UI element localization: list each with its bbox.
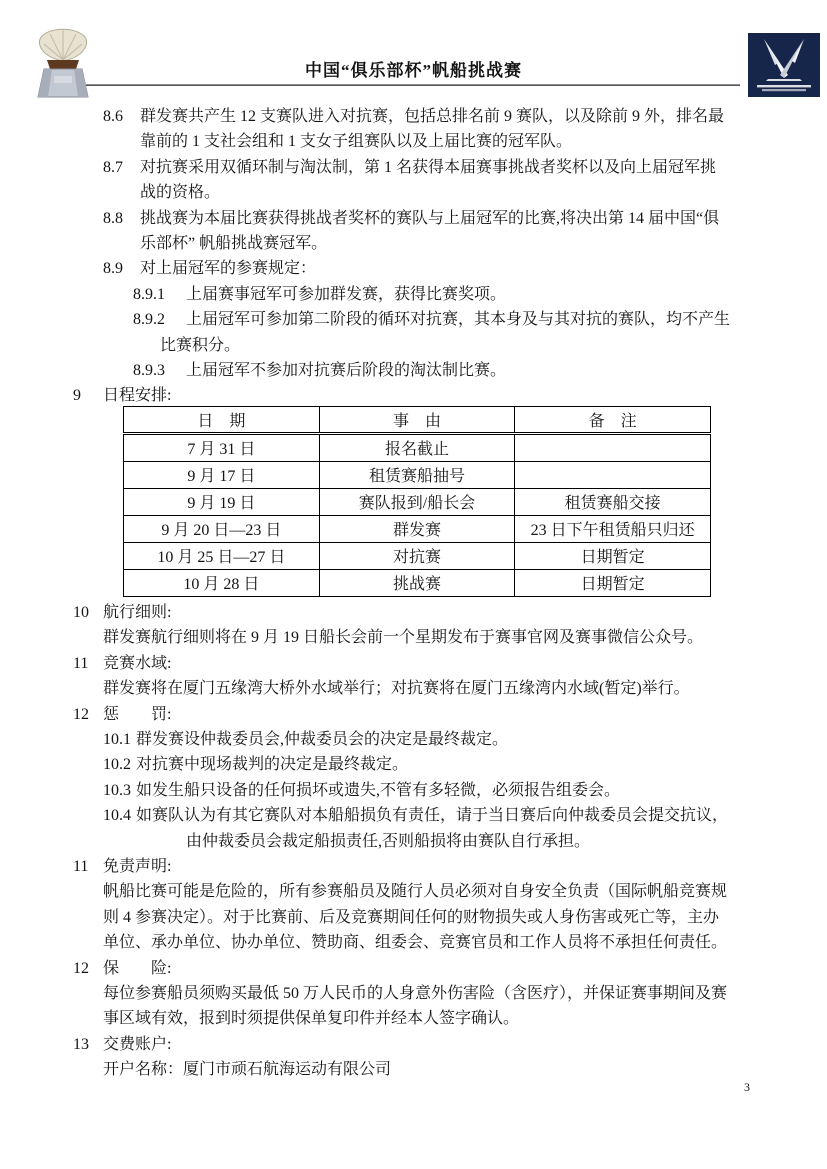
clause-text: 乐部杯” 帆船挑战赛冠军。: [140, 231, 327, 256]
section-number: 12: [73, 702, 89, 727]
paragraph-text: 群发赛航行细则将在 9 月 19 日船长会前一个星期发布于赛事官网及赛事微信公众…: [103, 625, 703, 650]
clause-text: 靠前的 1 支社会组和 1 支女子组赛队以及上届比赛的冠军队。: [140, 129, 572, 154]
section-10-body: 群发赛航行细则将在 9 月 19 日船长会前一个星期发布于赛事官网及赛事微信公众…: [72, 625, 761, 650]
section-disclaimer-heading: 11 免责声明:: [72, 854, 761, 879]
club-cup-sails-logo: [748, 33, 820, 97]
page-header: 中国“俱乐部杯”帆船挑战赛: [0, 0, 827, 100]
schedule-table: 日 期 事 由 备 注 7 月 31 日 报名截止 9 月 17 日 租赁赛船抽…: [123, 406, 711, 597]
disclaimer-body-line1: 帆船比赛可能是危险的，所有参赛船员及随行人员必须对自身安全负责（国际帆船竞赛规: [72, 879, 761, 904]
table-cell: 日期暂定: [515, 542, 711, 569]
clause-10-3: 10.3 如发生船只设备的任何损坏或遗失,不管有多轻微，必须报告组委会。: [72, 778, 761, 803]
paragraph-text: 开户名称：厦门市顽石航海运动有限公司: [103, 1057, 391, 1082]
insurance-body-line2: 事区域有效，报到时须提供保单复印件并经本人签字确认。: [72, 1006, 761, 1031]
table-row: 9 月 17 日 租赁赛船抽号: [124, 461, 711, 488]
clause-text: 由仲裁委员会裁定船损责任,否则船损将由赛队自行承担。: [186, 829, 590, 854]
col-header-date: 日 期: [124, 406, 320, 433]
section-10-heading: 10 航行细则:: [72, 600, 761, 625]
clause-8-9-2-cont: 比赛积分。: [72, 333, 761, 358]
table-header-row: 日 期 事 由 备 注: [124, 406, 711, 433]
clause-10-2: 10.2 对抗赛中现场裁判的决定是最终裁定。: [72, 752, 761, 777]
section-insurance-heading: 12 保 险:: [72, 956, 761, 981]
item-number: 10.3: [103, 778, 131, 803]
paragraph-text: 帆船比赛可能是危险的，所有参赛船员及随行人员必须对自身安全负责（国际帆船竞赛规: [103, 879, 727, 904]
item-number: 10.2: [103, 752, 131, 777]
table-cell: 23 日下午租赁船只归还: [515, 515, 711, 542]
document-body: 8.6 群发赛共产生 12 支赛队进入对抗赛，包括总排名前 9 赛队，以及除前 …: [0, 100, 827, 1083]
page-number: 3: [744, 1080, 750, 1095]
clause-8-8: 8.8 挑战赛为本届比赛获得挑战者奖杯的赛队与上届冠军的比赛,将决出第 14 届…: [72, 206, 761, 231]
clause-text: 如赛队认为有其它赛队对本船船损负有责任，请于当日赛后向仲裁委员会提交抗议，: [136, 803, 728, 828]
clause-text: 对抗赛采用双循环制与淘汰制，第 1 名获得本届赛事挑战者奖杯以及向上届冠军挑: [140, 155, 716, 180]
disclaimer-body-line2: 则 4 参赛决定）。对于比赛前、后及竞赛期间任何的财物损失或人身伤害或死亡等，主…: [72, 905, 761, 930]
table-cell: 群发赛: [319, 515, 515, 542]
table-cell: 9 月 20 日—23 日: [124, 515, 320, 542]
section-title: 交费账户:: [103, 1032, 171, 1057]
clause-text: 上届冠军可参加第二阶段的循环对抗赛，其本身及与其对抗的赛队，均不产生: [186, 307, 730, 332]
clause-text: 上届冠军不参加对抗赛后阶段的淘汰制比赛。: [186, 358, 506, 383]
table-cell: 租赁赛船交接: [515, 488, 711, 515]
table-cell: 赛队报到/船长会: [319, 488, 515, 515]
col-header-remark: 备 注: [515, 406, 711, 433]
section-11-heading: 11 竞赛水域:: [72, 651, 761, 676]
item-number: 8.9.2: [133, 307, 165, 332]
payment-account-line: 开户名称：厦门市顽石航海运动有限公司: [72, 1057, 761, 1082]
section-title: 航行细则:: [103, 600, 171, 625]
paragraph-text: 事区域有效，报到时须提供保单复印件并经本人签字确认。: [103, 1006, 519, 1031]
section-title: 惩 罚:: [103, 702, 171, 727]
section-11-body: 群发赛将在厦门五缘湾大桥外水域举行；对抗赛将在厦门五缘湾内水域(暂定)举行。: [72, 676, 761, 701]
item-number: 8.9.3: [133, 358, 165, 383]
clause-text: 如发生船只设备的任何损坏或遗失,不管有多轻微，必须报告组委会。: [136, 778, 620, 803]
table-cell: 挑战赛: [319, 569, 515, 596]
clause-8-7: 8.7 对抗赛采用双循环制与淘汰制，第 1 名获得本届赛事挑战者奖杯以及向上届冠…: [72, 155, 761, 180]
clause-text: 上届赛事冠军可参加群发赛，获得比赛奖项。: [186, 282, 506, 307]
table-row: 9 月 19 日 赛队报到/船长会 租赁赛船交接: [124, 488, 711, 515]
clause-10-4: 10.4 如赛队认为有其它赛队对本船船损负有责任，请于当日赛后向仲裁委员会提交抗…: [72, 803, 761, 828]
table-cell: [515, 433, 711, 461]
section-number: 10: [73, 600, 89, 625]
disclaimer-body-line3: 单位、承办单位、协办单位、赞助商、组委会、竞赛官员和工作人员将不承担任何责任。: [72, 930, 761, 955]
item-number: 10.1: [103, 727, 131, 752]
table-cell: 租赁赛船抽号: [319, 461, 515, 488]
clause-8-9: 8.9 对上届冠军的参赛规定：: [72, 256, 761, 281]
paragraph-text: 每位参赛船员须购买最低 50 万人民币的人身意外伤害险（含医疗），并保证赛事期间…: [103, 981, 727, 1006]
item-number: 8.8: [103, 206, 123, 231]
header-rule: [86, 84, 740, 86]
clause-8-9-1: 8.9.1 上届赛事冠军可参加群发赛，获得比赛奖项。: [72, 282, 761, 307]
section-9-heading: 9 日程安排:: [72, 383, 761, 408]
section-number: 9: [73, 383, 81, 408]
section-number: 11: [73, 651, 88, 676]
clause-text: 对上届冠军的参赛规定：: [140, 256, 316, 281]
paragraph-text: 群发赛将在厦门五缘湾大桥外水域举行；对抗赛将在厦门五缘湾内水域(暂定)举行。: [103, 676, 690, 701]
table-cell: 9 月 19 日: [124, 488, 320, 515]
clause-text: 战的资格。: [140, 180, 220, 205]
item-number: 8.9.1: [133, 282, 165, 307]
item-number: 10.4: [103, 803, 131, 828]
section-payment-heading: 13 交费账户:: [72, 1032, 761, 1057]
table-row: 9 月 20 日—23 日 群发赛 23 日下午租赁船只归还: [124, 515, 711, 542]
table-row: 10 月 28 日 挑战赛 日期暂定: [124, 569, 711, 596]
item-number: 8.6: [103, 104, 123, 129]
section-number: 11: [73, 854, 88, 879]
clause-text: 比赛积分。: [160, 333, 240, 358]
section-title: 保 险:: [103, 956, 171, 981]
table-cell: 报名截止: [319, 433, 515, 461]
table-cell: 9 月 17 日: [124, 461, 320, 488]
section-number: 13: [73, 1032, 89, 1057]
col-header-event: 事 由: [319, 406, 515, 433]
table-cell: 7 月 31 日: [124, 433, 320, 461]
table-cell: 10 月 28 日: [124, 569, 320, 596]
clause-10-4-cont: 由仲裁委员会裁定船损责任,否则船损将由赛队自行承担。: [72, 829, 761, 854]
clause-text: 挑战赛为本届比赛获得挑战者奖杯的赛队与上届冠军的比赛,将决出第 14 届中国“俱: [140, 206, 719, 231]
section-title: 竞赛水域:: [103, 651, 171, 676]
table-row: 7 月 31 日 报名截止: [124, 433, 711, 461]
page-title: 中国“俱乐部杯”帆船挑战赛: [0, 56, 827, 81]
clause-10-1: 10.1 群发赛设仲裁委员会,仲裁委员会的决定是最终裁定。: [72, 727, 761, 752]
table-row: 10 月 25 日—27 日 对抗赛 日期暂定: [124, 542, 711, 569]
table-cell: 10 月 25 日—27 日: [124, 542, 320, 569]
clause-8-6: 8.6 群发赛共产生 12 支赛队进入对抗赛，包括总排名前 9 赛队，以及除前 …: [72, 104, 761, 129]
item-number: 8.7: [103, 155, 123, 180]
table-cell: 对抗赛: [319, 542, 515, 569]
insurance-body-line1: 每位参赛船员须购买最低 50 万人民币的人身意外伤害险（含医疗），并保证赛事期间…: [72, 981, 761, 1006]
item-number: 8.9: [103, 256, 123, 281]
clause-text: 对抗赛中现场裁判的决定是最终裁定。: [136, 752, 408, 777]
table-cell: 日期暂定: [515, 569, 711, 596]
clause-8-7-cont: 战的资格。: [72, 180, 761, 205]
section-title: 日程安排:: [103, 383, 171, 408]
clause-8-8-cont: 乐部杯” 帆船挑战赛冠军。: [72, 231, 761, 256]
section-number: 12: [73, 956, 89, 981]
paragraph-text: 则 4 参赛决定）。对于比赛前、后及竞赛期间任何的财物损失或人身伤害或死亡等，主…: [103, 905, 719, 930]
clause-text: 群发赛设仲裁委员会,仲裁委员会的决定是最终裁定。: [136, 727, 508, 752]
paragraph-text: 单位、承办单位、协办单位、赞助商、组委会、竞赛官员和工作人员将不承担任何责任。: [103, 930, 727, 955]
section-title: 免责声明:: [103, 854, 171, 879]
clause-8-9-2: 8.9.2 上届冠军可参加第二阶段的循环对抗赛，其本身及与其对抗的赛队，均不产生: [72, 307, 761, 332]
table-cell: [515, 461, 711, 488]
clause-8-9-3: 8.9.3 上届冠军不参加对抗赛后阶段的淘汰制比赛。: [72, 358, 761, 383]
document-page: 中国“俱乐部杯”帆船挑战赛 8.6 群发赛共产生 12 支赛队进入对抗赛，包括总…: [0, 0, 827, 1169]
clause-8-6-cont: 靠前的 1 支社会组和 1 支女子组赛队以及上届比赛的冠军队。: [72, 129, 761, 154]
clause-text: 群发赛共产生 12 支赛队进入对抗赛，包括总排名前 9 赛队，以及除前 9 外，…: [140, 104, 724, 129]
section-12-penalty-heading: 12 惩 罚:: [72, 702, 761, 727]
